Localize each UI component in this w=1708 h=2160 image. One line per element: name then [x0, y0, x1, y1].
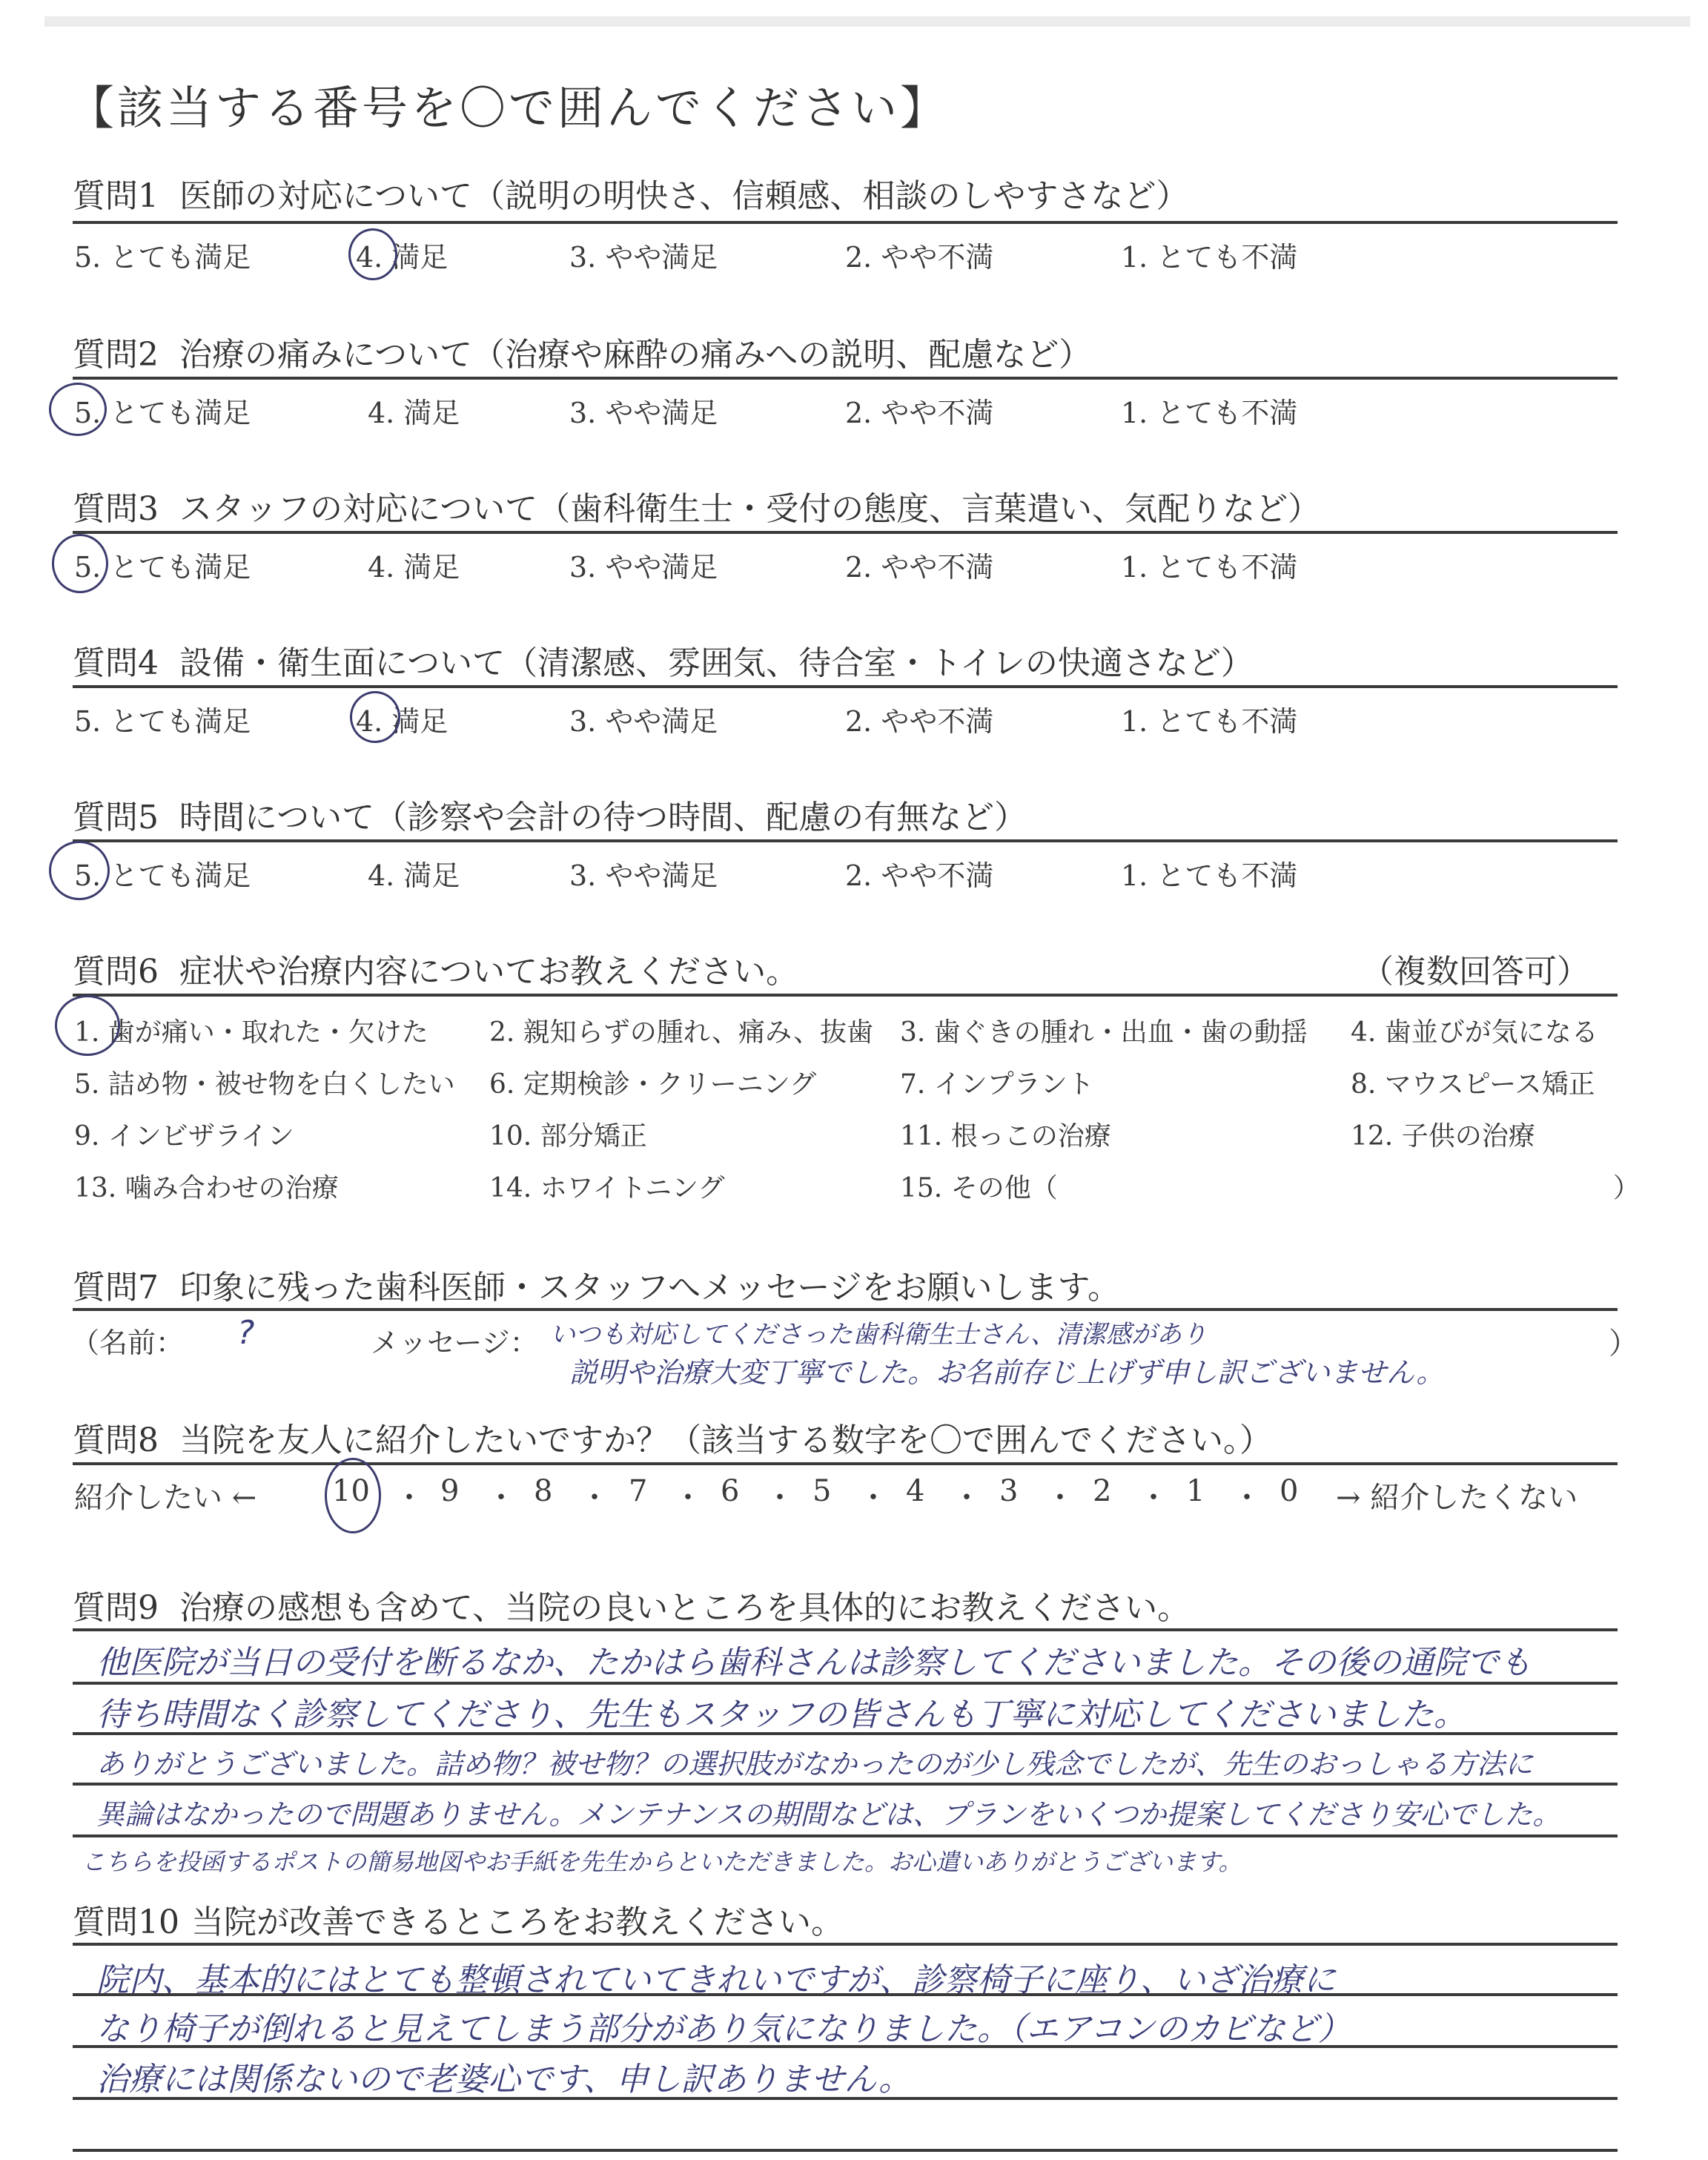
scale-dot: ・ [952, 1474, 982, 1516]
scale-right-label: → 紹介したくない [1336, 1474, 1578, 1516]
question-7-heading: 質問7印象に残った歯科医師・スタッフへメッセージをお願いします。 [73, 1261, 1120, 1308]
answer-line[interactable]: ありがとうございました。詰め物？被せ物？の選択肢がなかったのが少し残念でしたが、… [96, 1741, 1533, 1782]
answer-line[interactable]: なり椅子が倒れると見えてしまう部分があり気になりました。（エアコンのカビなど） [96, 2002, 1351, 2050]
option-4[interactable]: 4. 満足 [368, 390, 460, 431]
selection-circle [52, 534, 108, 593]
option-3[interactable]: 3. やや満足 [569, 234, 718, 275]
divider [73, 1628, 1618, 1631]
question-number: 質問3 [73, 490, 159, 528]
scale-dot: ・ [1045, 1474, 1075, 1516]
divider [73, 221, 1618, 224]
treatment-option-other[interactable]: 15. その他（ [900, 1167, 1058, 1205]
question-text: 時間について（診察や会計の待つ時間、配慮の有無など） [179, 799, 1027, 836]
scale-dot: ・ [580, 1474, 609, 1516]
message-line[interactable]: 説明や治療大変丁寧でした。お名前存じ上げず申し訳ございません。 [569, 1350, 1444, 1390]
scale-6[interactable]: 6 [721, 1474, 739, 1508]
question-number: 質問2 [73, 336, 159, 374]
treatment-option[interactable]: 13. 噛み合わせの治療 [74, 1167, 339, 1205]
question-text: スタッフの対応について（歯科衛生士・受付の態度、言葉遣い、気配りなど） [179, 490, 1320, 528]
divider [73, 685, 1618, 688]
option-2[interactable]: 2. やや不満 [845, 853, 993, 894]
page-title: 【該当する番号を〇で囲んでください】 [68, 71, 949, 137]
treatment-option[interactable]: 6. 定期検診・クリーニング [489, 1063, 816, 1101]
selection-circle [348, 228, 397, 280]
divider [73, 1993, 1618, 1996]
option-1[interactable]: 1. とても不満 [1121, 390, 1297, 431]
divider [73, 1943, 1618, 1946]
treatment-option[interactable]: 14. ホワイトニング [489, 1167, 724, 1205]
option-3[interactable]: 3. やや満足 [569, 544, 718, 585]
question-number: 質問10 [73, 1903, 179, 1941]
question-6-heading: 質問6症状や治療内容についてお教えください。 [73, 945, 798, 992]
selection-circle [325, 1458, 381, 1533]
question-text: 治療の痛みについて（治療や麻酔の痛みへの説明、配慮など） [179, 336, 1091, 374]
divider [73, 2097, 1618, 2100]
multiple-answer-note: （複数回答可） [1361, 945, 1589, 992]
scale-dot: ・ [1232, 1474, 1262, 1516]
option-3[interactable]: 3. やや満足 [569, 390, 718, 431]
message-line[interactable]: いつも対応してくださった歯科衛生士さん、清潔感があり [550, 1314, 1207, 1350]
scale-0[interactable]: 0 [1280, 1474, 1298, 1508]
scale-2[interactable]: 2 [1093, 1474, 1111, 1508]
option-1[interactable]: 1. とても不満 [1121, 698, 1297, 739]
option-4[interactable]: 4. 満足 [368, 853, 460, 894]
treatment-option[interactable]: 8. マウスピース矯正 [1351, 1063, 1595, 1101]
question-text: 症状や治療内容についてお教えください。 [179, 953, 798, 991]
treatment-option[interactable]: 9. インビザライン [74, 1115, 294, 1153]
option-3[interactable]: 3. やや満足 [569, 698, 718, 739]
question-text: 治療の感想も含めて、当院の良いところを具体的にお教えください。 [179, 1589, 1190, 1627]
question-8-heading: 質問8当院を友人に紹介したいですか？（該当する数字を〇で囲んでください。） [73, 1413, 1272, 1461]
message-label: メッセージ： [371, 1320, 538, 1361]
divider [73, 1783, 1618, 1786]
treatment-option[interactable]: 2. 親知らずの腫れ、痛み、抜歯 [489, 1011, 873, 1049]
scale-dot: ・ [765, 1474, 795, 1516]
selection-circle [49, 841, 110, 900]
question-text: 当院が改善できるところをお教えください。 [191, 1903, 844, 1941]
divider [73, 377, 1618, 380]
divider [73, 1732, 1618, 1735]
question-9-heading: 質問9治療の感想も含めて、当院の良いところを具体的にお教えください。 [73, 1581, 1190, 1628]
option-3[interactable]: 3. やや満足 [569, 853, 718, 894]
divider [73, 1682, 1618, 1685]
question-text: 当院を友人に紹介したいですか？（該当する数字を〇で囲んでください。） [179, 1421, 1272, 1459]
scan-top-edge [44, 16, 1690, 27]
question-number: 質問5 [73, 799, 159, 836]
treatment-option[interactable]: 7. インプラント [900, 1063, 1094, 1101]
question-text: 設備・衛生面について（清潔感、雰囲気、待合室・トイレの快適さなど） [179, 644, 1254, 682]
scale-dot: ・ [858, 1474, 888, 1516]
selection-circle [350, 691, 400, 743]
treatment-option[interactable]: 5. 詰め物・被せ物を白くしたい [74, 1063, 455, 1101]
option-2[interactable]: 2. やや不満 [845, 234, 993, 275]
scale-3[interactable]: 3 [999, 1474, 1018, 1508]
answer-line[interactable]: こちらを投函するポストの簡易地図やお手紙を先生からといただきました。お心遣いあり… [82, 1843, 1242, 1877]
answer-line[interactable]: 異論はなかったので問題ありません。メンテナンスの期間などは、プランをいくつか提案… [96, 1791, 1560, 1832]
divider [73, 994, 1618, 997]
scale-5[interactable]: 5 [812, 1474, 831, 1508]
question-1-heading: 質問1医師の対応について（説明の明快さ、信頼感、相談のしやすさなど） [73, 169, 1188, 217]
question-number: 質問7 [73, 1269, 159, 1307]
question-4-heading: 質問4設備・衛生面について（清潔感、雰囲気、待合室・トイレの快適さなど） [73, 636, 1254, 684]
treatment-option[interactable]: 11. 根っこの治療 [900, 1115, 1111, 1153]
treatment-option[interactable]: 12. 子供の治療 [1351, 1115, 1535, 1153]
scale-dot: ・ [673, 1474, 703, 1516]
treatment-option[interactable]: 10. 部分矯正 [489, 1115, 647, 1153]
question-number: 質問1 [73, 177, 159, 215]
option-5[interactable]: 5. とても満足 [74, 698, 251, 739]
scale-dot: ・ [1139, 1474, 1168, 1516]
question-number: 質問9 [73, 1589, 159, 1627]
question-text: 印象に残った歯科医師・スタッフへメッセージをお願いします。 [179, 1269, 1120, 1307]
question-text: 医師の対応について（説明の明快さ、信頼感、相談のしやすさなど） [179, 177, 1188, 215]
scale-7[interactable]: 7 [629, 1474, 647, 1508]
question-number: 質問8 [73, 1421, 159, 1459]
option-2[interactable]: 2. やや不満 [845, 390, 993, 431]
answer-line[interactable]: 他医院が当日の受付を断るなか、たかはら歯科さんは診察してくださいました。その後の… [96, 1636, 1532, 1683]
scale-9[interactable]: 9 [440, 1474, 459, 1508]
question-5-heading: 質問5時間について（診察や会計の待つ時間、配慮の有無など） [73, 790, 1027, 838]
question-10-heading: 質問10当院が改善できるところをお教えください。 [73, 1895, 844, 1943]
divider [73, 1462, 1618, 1465]
scale-8[interactable]: 8 [534, 1474, 552, 1508]
option-4[interactable]: 4. 満足 [368, 544, 460, 585]
scale-dot: ・ [394, 1474, 424, 1516]
divider [73, 839, 1618, 842]
option-2[interactable]: 2. やや不満 [845, 698, 993, 739]
scale-1[interactable]: 1 [1186, 1474, 1205, 1508]
divider [73, 2149, 1618, 2152]
divider [73, 531, 1618, 534]
answer-line[interactable]: 待ち時間なく診察してくださり、先生もスタッフの皆さんも丁寧に対応してくださいまし… [96, 1688, 1466, 1735]
name-field[interactable]: ? [237, 1314, 254, 1352]
question-3-heading: 質問3スタッフの対応について（歯科衛生士・受付の態度、言葉遣い、気配りなど） [73, 482, 1320, 529]
treatment-option[interactable]: 4. 歯並びが気になる [1351, 1011, 1598, 1049]
name-label: （名前： [71, 1320, 184, 1361]
other-close-paren: ） [1613, 1167, 1640, 1205]
divider [73, 1308, 1618, 1311]
divider [73, 2045, 1618, 2048]
selection-circle [55, 995, 120, 1056]
option-5[interactable]: 5. とても満足 [74, 234, 251, 275]
scale-4[interactable]: 4 [906, 1474, 924, 1508]
option-1[interactable]: 1. とても不満 [1121, 544, 1297, 585]
option-1[interactable]: 1. とても不満 [1121, 234, 1297, 275]
divider [73, 1834, 1618, 1837]
question-number: 質問6 [73, 953, 159, 991]
selection-circle [49, 383, 107, 436]
question-number: 質問4 [73, 644, 159, 682]
treatment-option[interactable]: 3. 歯ぐきの腫れ・出血・歯の動揺 [900, 1011, 1308, 1049]
answer-line[interactable]: 治療には関係ないので老婆心です、申し訳ありません。 [96, 2052, 911, 2100]
option-2[interactable]: 2. やや不満 [845, 544, 993, 585]
message-close-paren: ） [1609, 1320, 1638, 1362]
scale-left-label: 紹介したい ← [74, 1474, 256, 1516]
question-2-heading: 質問2治療の痛みについて（治療や麻酔の痛みへの説明、配慮など） [73, 328, 1091, 375]
scale-dot: ・ [486, 1474, 516, 1516]
treatment-option[interactable]: 1. 歯が痛い・取れた・欠けた [74, 1011, 428, 1049]
option-1[interactable]: 1. とても不満 [1121, 853, 1297, 894]
